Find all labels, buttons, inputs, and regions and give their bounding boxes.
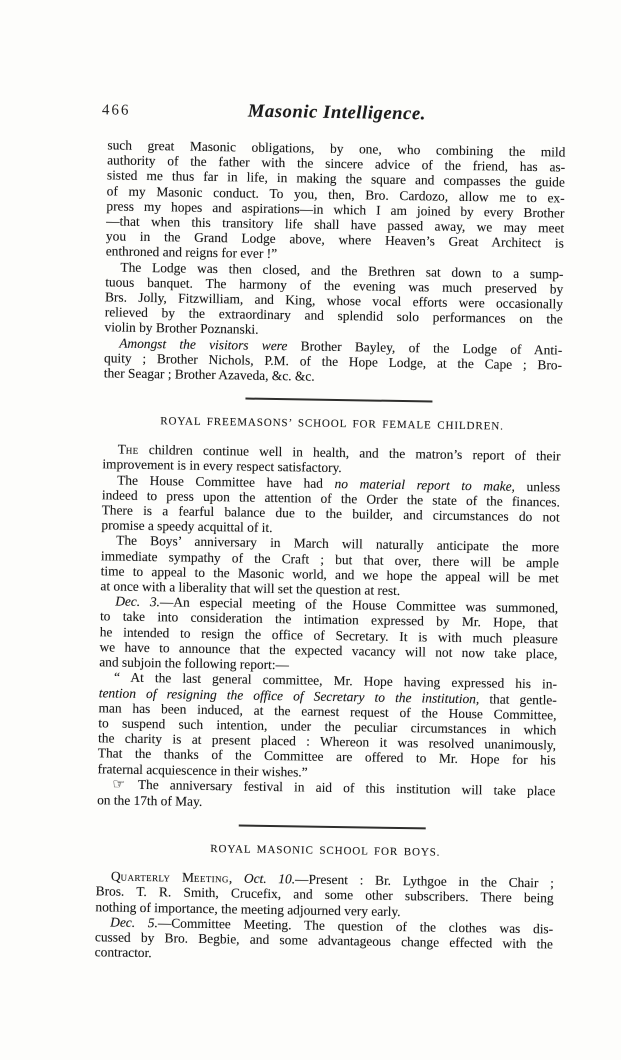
paragraph: The Boys’ anniversary in March will natu… xyxy=(100,533,559,601)
document-page: 466 Masonic Intelligence. such great Mas… xyxy=(0,0,621,1060)
scanned-sheet: 466 Masonic Intelligence. such great Mas… xyxy=(0,0,568,967)
paragraph: The House Committee have had no material… xyxy=(101,472,560,540)
running-title: Masonic Intelligence. xyxy=(108,99,566,127)
paragraph: Dec. 3.—An especial meeting of the House… xyxy=(99,594,558,677)
page-number: 466 xyxy=(102,102,131,119)
paragraph: ☞ The anniversary festival in aid of thi… xyxy=(97,776,555,815)
section-heading: ROYAL FREEMASONS’ SCHOOL FOR FEMALE CHIL… xyxy=(103,415,561,434)
paragraph: such great Masonic obligations, by one, … xyxy=(106,137,566,266)
page-body: such great Masonic obligations, by one, … xyxy=(95,137,566,966)
paragraph: The Lodge was then closed, and the Breth… xyxy=(104,259,563,342)
paragraph: Quarterly Meeting, Oct. 10.—Present : Br… xyxy=(95,868,554,921)
paragraph: Dec. 5.—Committee Meeting. The question … xyxy=(95,914,554,967)
running-head: 466 Masonic Intelligence. xyxy=(108,99,566,132)
section-heading: ROYAL MASONIC SCHOOL FOR BOYS. xyxy=(96,841,554,860)
paragraph: Amongst the visitors were Brother Bayley… xyxy=(104,335,563,388)
manicule-icon: ☞ xyxy=(112,776,127,792)
paragraph: “ At the last general committee, Mr. Hop… xyxy=(98,670,558,784)
section-rule xyxy=(238,825,425,830)
section-rule xyxy=(245,398,432,403)
